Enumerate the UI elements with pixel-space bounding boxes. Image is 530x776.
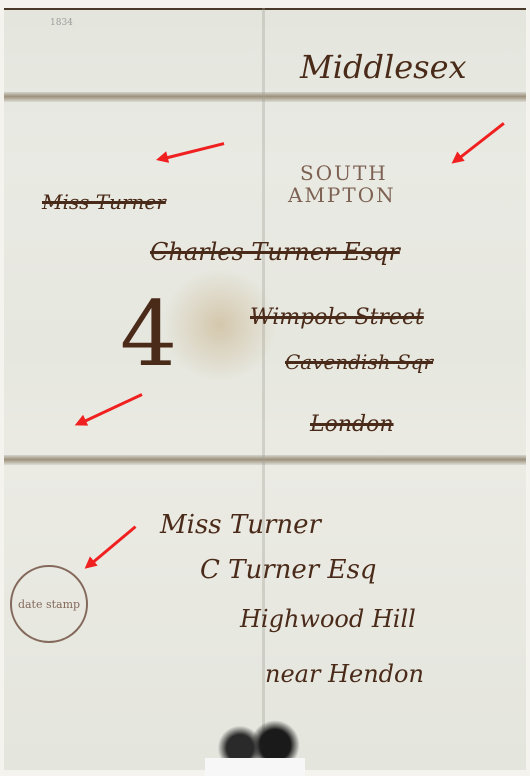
address-line: C Turner Esq — [200, 555, 376, 585]
struck-name: Miss Turner — [42, 190, 166, 214]
letter-paper — [4, 8, 526, 770]
address-line: near Hendon — [265, 660, 424, 688]
town-stamp-line2: AMPTON — [288, 184, 396, 206]
vertical-crease — [262, 8, 265, 768]
address-line: Highwood Hill — [240, 605, 416, 633]
letter-photo: Middlesex 1834 SOUTH AMPTON Miss Turner … — [0, 0, 530, 776]
struck-address-line: London — [310, 412, 394, 437]
fold-line — [4, 455, 526, 465]
fold-line — [4, 92, 526, 102]
circular-date-stamp: date stamp — [10, 565, 88, 643]
struck-address-line: Charles Turner Esqr — [150, 238, 400, 266]
pencil-note: 1834 — [50, 18, 73, 28]
struck-address-line: Wimpole Street — [250, 305, 424, 330]
county-text: Middlesex — [300, 48, 467, 86]
circle-stamp-text: date stamp — [18, 598, 80, 611]
struck-address-line: Cavendish Sqr — [285, 350, 433, 374]
address-line: Miss Turner — [160, 510, 321, 540]
town-stamp-line1: SOUTH — [300, 162, 388, 184]
paper-tear — [205, 758, 305, 776]
postage-mark: 4 — [120, 290, 177, 380]
